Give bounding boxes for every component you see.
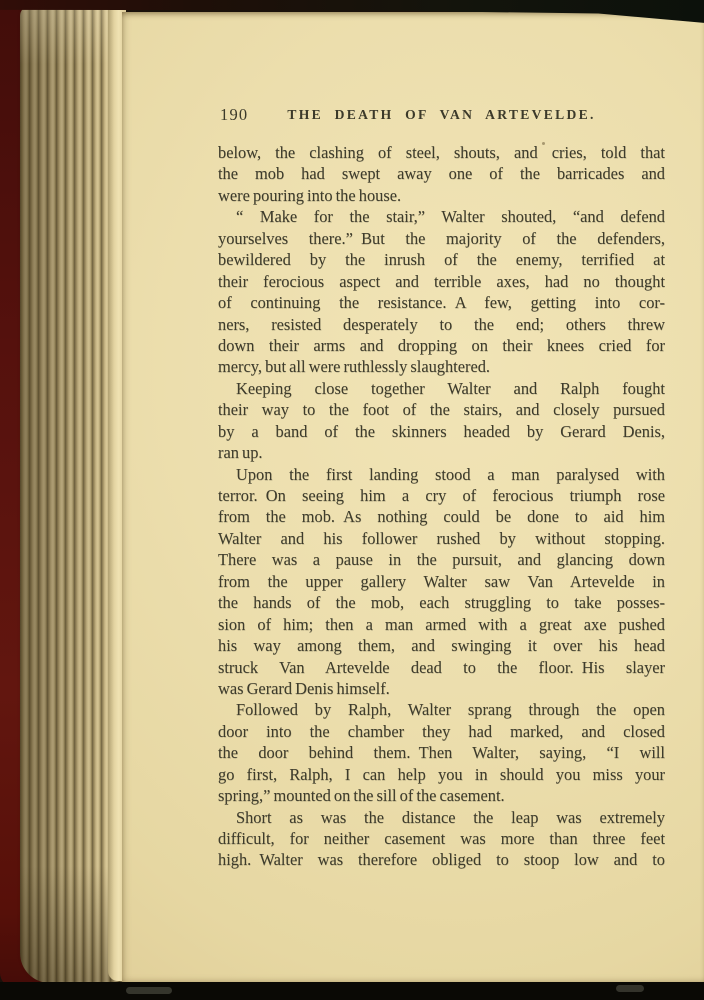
text-line: from the mob. As nothing could be done t… [218,506,665,527]
text-line: Upon the first landing stood a man paral… [218,464,665,485]
text-line: were pouring into the house. [218,185,665,206]
text-line: yourselves there.” But the majority of t… [218,228,665,249]
book-photo: 190 THE DEATH OF VAN ARTEVELDE. below, t… [0,0,704,1000]
text-line: the door behind them. Then Walter, sayin… [218,742,665,763]
bottom-reflection [126,987,172,994]
text-line: was Gerard Denis himself. [218,678,665,699]
text-line: sion of him; then a man armed with a gre… [218,614,665,635]
text-line: Short as was the distance the leap was e… [218,807,665,828]
text-line: their way to the foot of the stairs, and… [218,399,665,420]
text-line: of continuing the resistance. A few, get… [218,292,665,313]
text-line: door into the chamber they had marked, a… [218,721,665,742]
photo-bottom-shadow [0,982,704,1000]
text-line: “ Make for the stair,” Walter shouted, “… [218,206,665,227]
running-title: THE DEATH OF VAN ARTEVELDE. [218,105,665,123]
text-line: their ferocious aspect and terrible axes… [218,271,665,292]
text-line: his way among them, and swinging it over… [218,635,665,656]
text-line: Walter and his follower rushed by withou… [218,528,665,549]
page-number: 190 [220,105,248,125]
text-line: struck Van Artevelde dead to the floor. … [218,657,665,678]
body-text: below, the clashing of steel, shouts, an… [218,142,665,871]
paper-speck [542,142,545,145]
text-line: from the upper gallery Walter saw Van Ar… [218,571,665,592]
text-line: the hands of the mob, each struggling to… [218,592,665,613]
book-page: 190 THE DEATH OF VAN ARTEVELDE. below, t… [122,12,704,982]
text-line: difficult, for neither casement was more… [218,828,665,849]
text-line: ran up. [218,442,665,463]
text-line: high. Walter was therefore obliged to st… [218,849,665,870]
text-line: Keeping close together Walter and Ralph … [218,378,665,399]
text-line: mercy, but all were ruthlessly slaughter… [218,356,665,377]
text-line: Followed by Ralph, Walter sprang through… [218,699,665,720]
bottom-reflection [616,985,644,992]
text-line: There was a pause in the pursuit, and gl… [218,549,665,570]
text-line: by a band of the skinners headed by Gera… [218,421,665,442]
text-line: ners, resisted desperately to the end; o… [218,314,665,335]
text-line: spring,” mounted on the sill of the case… [218,785,665,806]
text-line: go first, Ralph, I can help you in shoul… [218,764,665,785]
page-header: 190 THE DEATH OF VAN ARTEVELDE. [218,105,665,123]
text-line: terror. On seeing him a cry of ferocious… [218,485,665,506]
text-line: bewildered by the inrush of the enemy, t… [218,249,665,270]
text-line: the mob had swept away one of the barric… [218,163,665,184]
text-line: below, the clashing of steel, shouts, an… [218,142,665,163]
text-line: down their arms and dropping on their kn… [218,335,665,356]
